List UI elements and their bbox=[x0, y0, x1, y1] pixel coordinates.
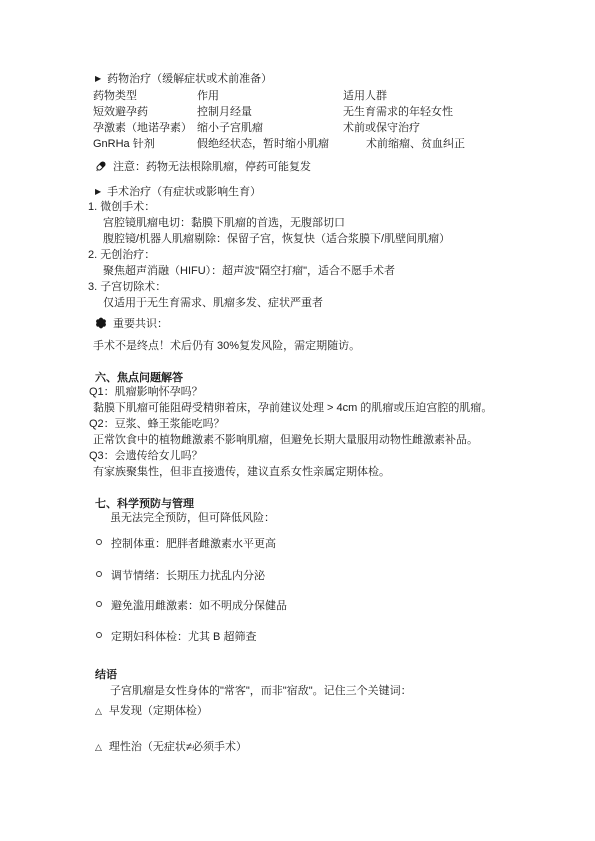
surgery-item-detail: 聚焦超声消融（HIFU）：超声波"隔空打瘤"，适合不愿手术者 bbox=[103, 264, 395, 279]
surgery-heading-text: 手术治疗（有症状或影响生育） bbox=[107, 186, 261, 198]
consensus-label: 重要共识： bbox=[113, 318, 168, 330]
faq-question: Q3：会遗传给女儿吗？ bbox=[89, 449, 203, 464]
drug-effect: 控制月经量 bbox=[197, 105, 252, 120]
flower-icon bbox=[95, 317, 107, 329]
drug-table-header-effect: 作用 bbox=[197, 89, 219, 104]
prevention-item-text: 避免滥用雌激素：如不明成分保健品 bbox=[111, 600, 287, 612]
prevention-intro: 虽无法完全预防，但可降低风险： bbox=[110, 511, 275, 526]
drug-table-header-audience: 适用人群 bbox=[343, 89, 387, 104]
conclusion-intro: 子宫肌瘤是女性身体的"常客"，而非"宿敌"。记住三个关键词： bbox=[110, 684, 412, 699]
pill-icon bbox=[95, 160, 107, 172]
prevention-item-text: 调节情绪：长期压力扰乱内分泌 bbox=[111, 570, 265, 582]
document-page: ▶药物治疗（缓解症状或术前准备） 药物类型 作用 适用人群 短效避孕药 控制月经… bbox=[0, 0, 595, 841]
faq-answer: 黏膜下肌瘤可能阻碍受精卵着床，孕前建议处理 > 4cm 的肌瘤或压迫宫腔的肌瘤。 bbox=[93, 401, 492, 416]
arrow-bullet-icon: ▶ bbox=[95, 187, 101, 196]
surgery-item-label: 1. 微创手术： bbox=[88, 200, 155, 215]
surgery-item-label: 3. 子宫切除术： bbox=[88, 280, 166, 295]
drug-audience: 术前缩瘤、贫血纠正 bbox=[366, 137, 465, 152]
circle-bullet-icon bbox=[96, 571, 102, 577]
surgery-item-label: 2. 无创治疗： bbox=[88, 248, 155, 263]
surgery-item-detail: 腹腔镜/机器人肌瘤剔除：保留子宫，恢复快（适合浆膜下/肌壁间肌瘤） bbox=[103, 232, 450, 247]
arrow-bullet-icon: ▶ bbox=[95, 74, 101, 83]
circle-bullet-icon bbox=[96, 632, 102, 638]
prevention-item-text: 定期妇科体检：尤其 B 超筛查 bbox=[111, 631, 256, 643]
consensus-label-line: 重要共识： bbox=[95, 317, 168, 332]
drug-table-row: 孕激素（地诺孕素） 缩小子宫肌瘤 术前或保守治疗 bbox=[0, 121, 595, 136]
circle-bullet-icon bbox=[96, 601, 102, 607]
prevention-item: 定期妇科体检：尤其 B 超筛查 bbox=[96, 630, 256, 645]
circle-bullet-icon bbox=[96, 539, 102, 545]
drug-table-row: 短效避孕药 控制月经量 无生育需求的年轻女性 bbox=[0, 105, 595, 120]
conclusion-keyword: △早发现（定期体检） bbox=[95, 704, 208, 719]
faq-answer: 正常饮食中的植物雌激素不影响肌瘤，但避免长期大量服用动物性雌激素补品。 bbox=[93, 433, 478, 448]
surgery-heading: ▶手术治疗（有症状或影响生育） bbox=[95, 184, 261, 200]
faq-heading: 六、焦点问题解答 bbox=[95, 371, 183, 386]
prevention-item: 避免滥用雌激素：如不明成分保健品 bbox=[96, 599, 287, 614]
faq-question: Q1：肌瘤影响怀孕吗？ bbox=[89, 385, 203, 400]
consensus-text: 手术不是终点！术后仍有 30%复发风险，需定期随访。 bbox=[93, 339, 360, 354]
drug-table-header-type: 药物类型 bbox=[93, 89, 137, 104]
prevention-item: 控制体重：肥胖者雌激素水平更高 bbox=[96, 537, 276, 552]
drug-table-row: GnRHa 针剂 假绝经状态，暂时缩小肌瘤 术前缩瘤、贫血纠正 bbox=[0, 137, 595, 152]
prevention-heading: 七、科学预防与管理 bbox=[95, 497, 194, 512]
drug-therapy-heading: ▶药物治疗（缓解症状或术前准备） bbox=[95, 71, 272, 87]
drug-name: GnRHa 针剂 bbox=[93, 137, 155, 152]
drug-therapy-heading-text: 药物治疗（缓解症状或术前准备） bbox=[107, 73, 272, 85]
prevention-item-text: 控制体重：肥胖者雌激素水平更高 bbox=[111, 538, 276, 550]
conclusion-keyword-text: 早发现（定期体检） bbox=[109, 705, 208, 717]
drug-effect: 假绝经状态，暂时缩小肌瘤 bbox=[197, 137, 329, 152]
drug-audience: 无生育需求的年轻女性 bbox=[343, 105, 453, 120]
drug-name: 短效避孕药 bbox=[93, 105, 148, 120]
drug-note: 注意：药物无法根除肌瘤，停药可能复发 bbox=[95, 160, 311, 175]
prevention-item: 调节情绪：长期压力扰乱内分泌 bbox=[96, 569, 265, 584]
surgery-item-detail: 仅适用于无生育需求、肌瘤多发、症状严重者 bbox=[103, 296, 323, 311]
conclusion-heading: 结语 bbox=[95, 668, 117, 683]
conclusion-keyword-text: 理性治（无症状≠必须手术） bbox=[109, 741, 247, 753]
drug-note-text: 注意：药物无法根除肌瘤，停药可能复发 bbox=[113, 161, 311, 173]
drug-name: 孕激素（地诺孕素） bbox=[93, 121, 192, 136]
triangle-bullet-icon: △ bbox=[95, 706, 102, 716]
drug-effect: 缩小子宫肌瘤 bbox=[197, 121, 263, 136]
triangle-bullet-icon: △ bbox=[95, 742, 102, 752]
faq-answer: 有家族聚集性，但非直接遗传，建议直系女性亲属定期体检。 bbox=[93, 465, 390, 480]
conclusion-keyword: △理性治（无症状≠必须手术） bbox=[95, 740, 247, 755]
drug-audience: 术前或保守治疗 bbox=[343, 121, 420, 136]
faq-question: Q2：豆浆、蜂王浆能吃吗？ bbox=[89, 417, 225, 432]
drug-table-header-row: 药物类型 作用 适用人群 bbox=[0, 89, 595, 104]
surgery-item-detail: 宫腔镜肌瘤电切：黏膜下肌瘤的首选，无腹部切口 bbox=[103, 216, 345, 231]
